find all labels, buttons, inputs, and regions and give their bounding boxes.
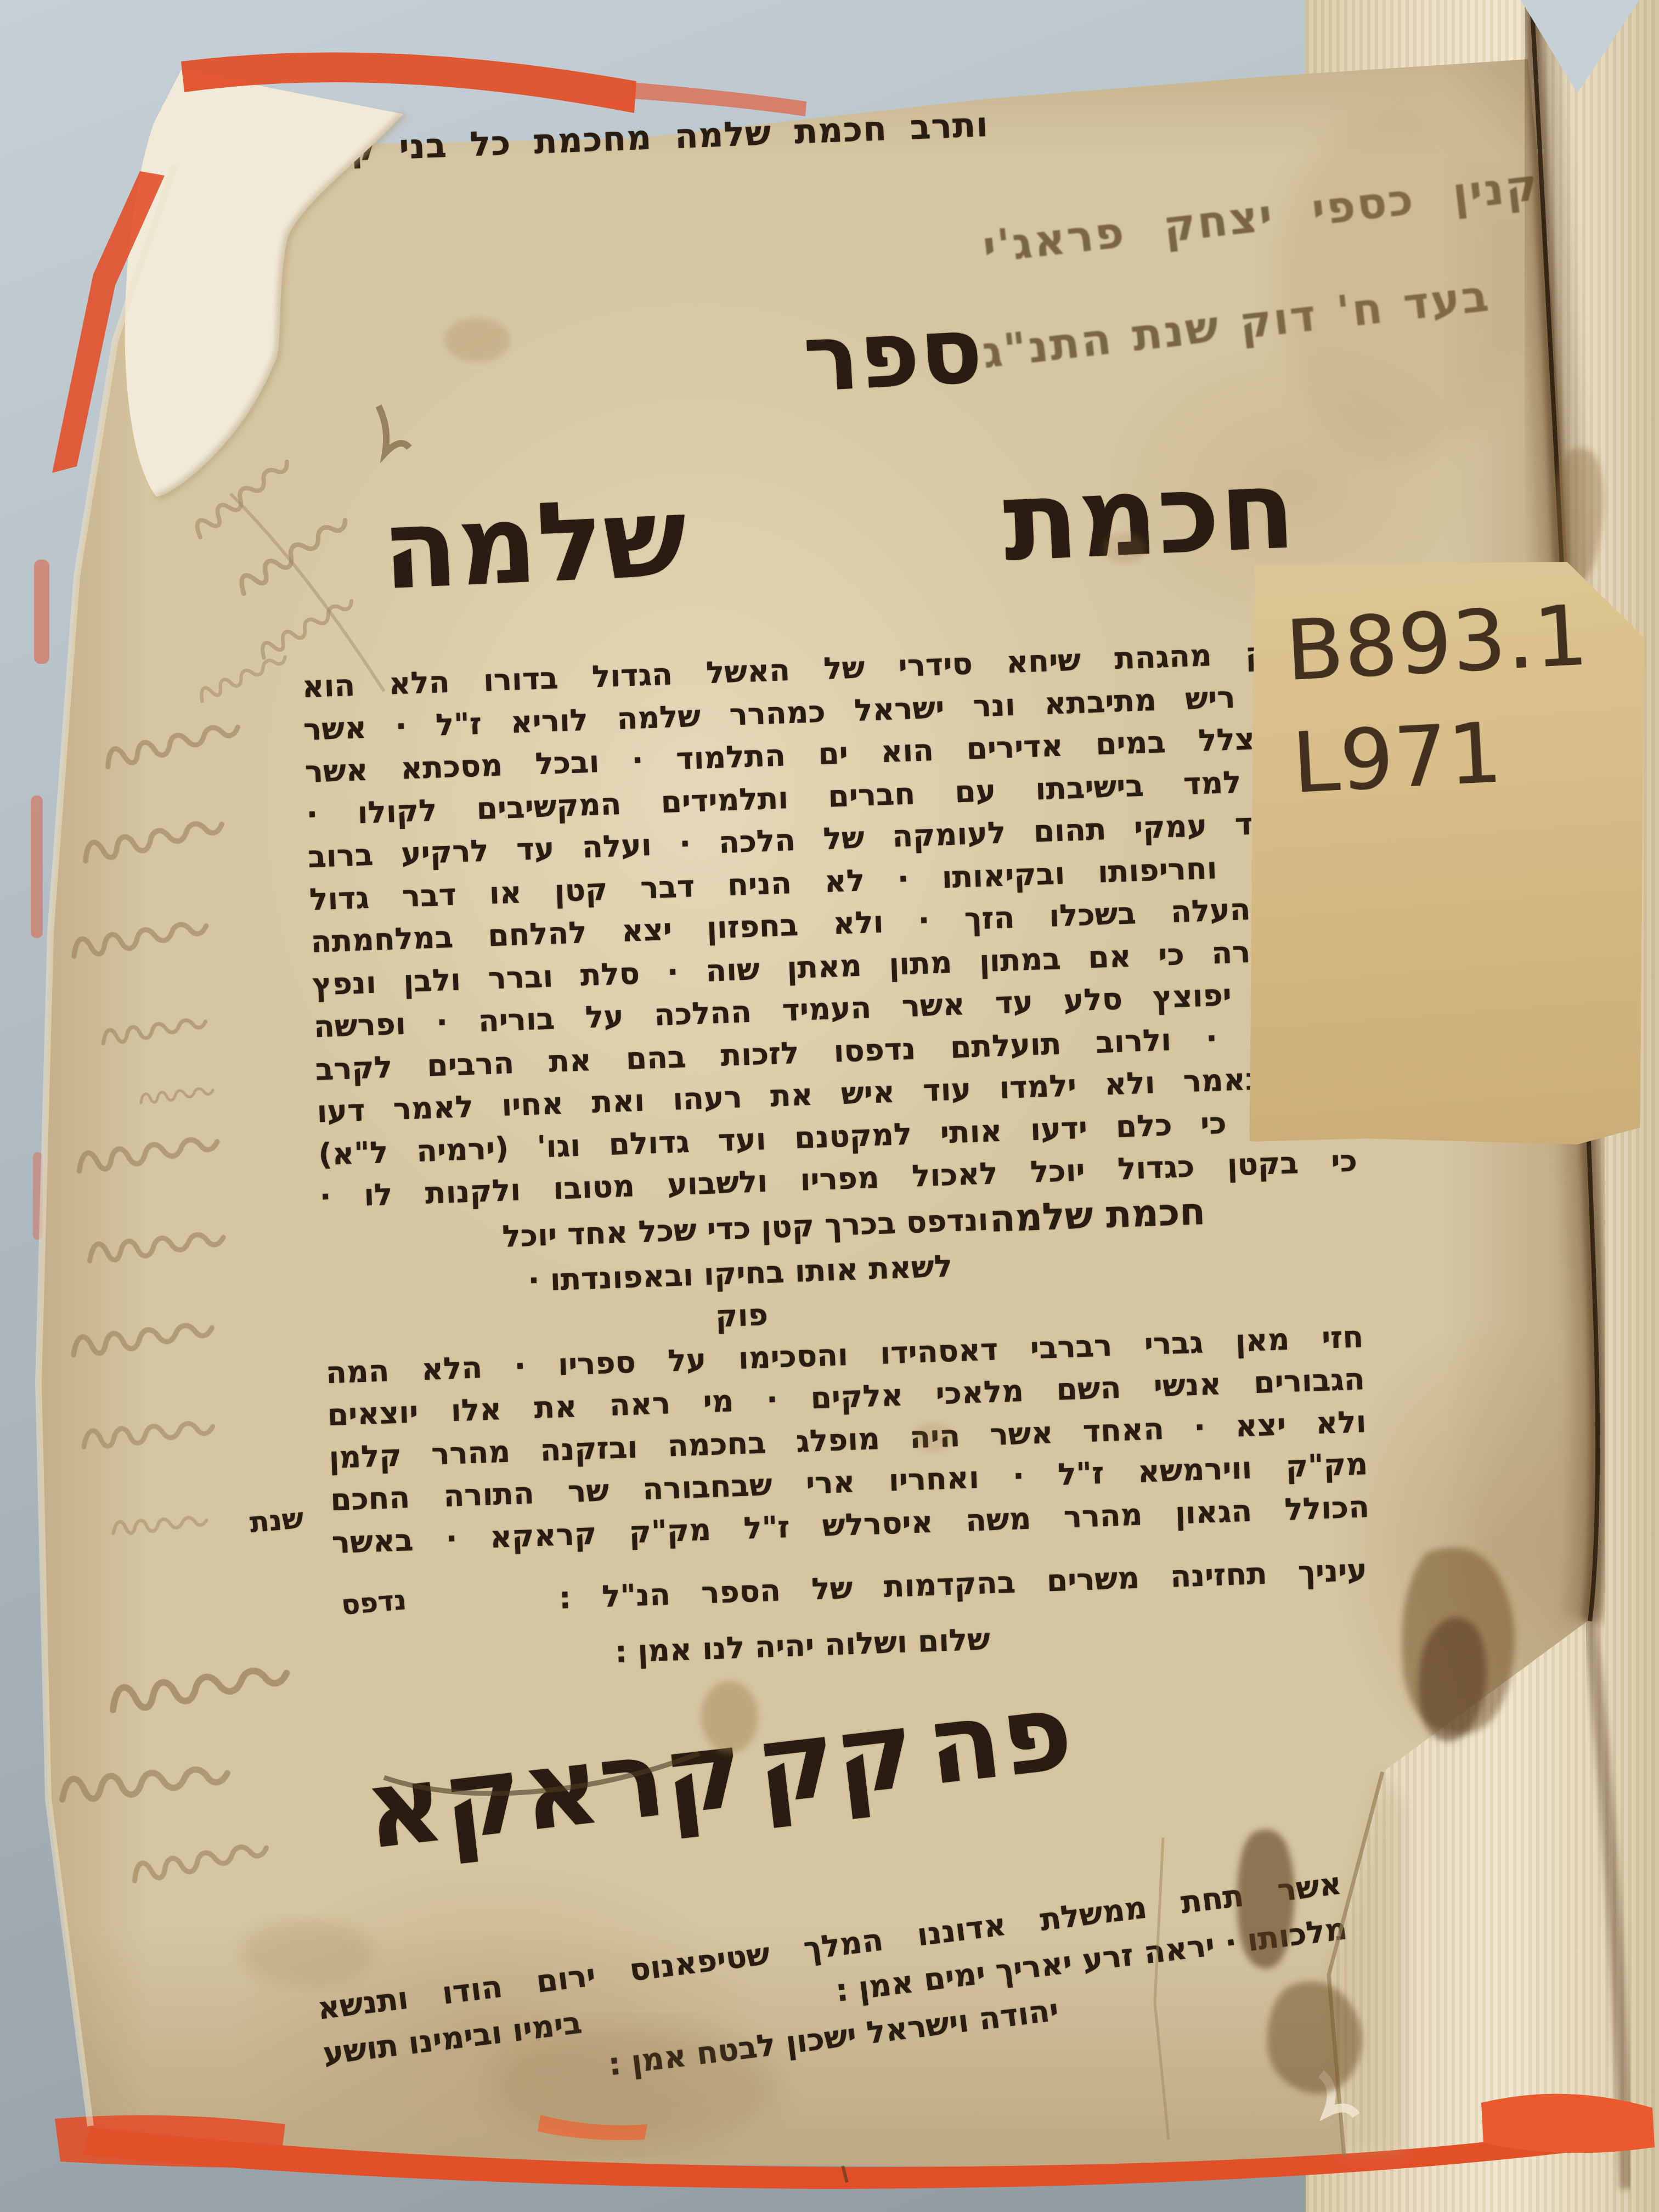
imprint-word-po: פה	[921, 1669, 1079, 1809]
call-number-line2: L971	[1290, 704, 1505, 812]
title-word-shlomo: שלמה	[380, 473, 690, 614]
call-number-line1: B893.1	[1283, 587, 1590, 700]
main-text-block: הועתק מהגהת שיחא סידרי של האשל הגדול בדו…	[301, 630, 1374, 1683]
photo-of-open-book: ותרב חכמת שלמה מחכמת כל בני קדם קנין כספ…	[0, 0, 1659, 2212]
margin-word-year: שנת	[249, 1502, 305, 1539]
inline-book-title: חכמת שלמה	[989, 1188, 1206, 1244]
title-word-chokhmat: חכמת	[1001, 445, 1298, 586]
margin-word-printed: נדפס	[340, 1584, 408, 1621]
call-number-label: B893.1 L971	[1249, 559, 1645, 1145]
sefer-word: ספר	[795, 296, 990, 413]
imprint-word-kk: קק	[749, 1687, 921, 1829]
